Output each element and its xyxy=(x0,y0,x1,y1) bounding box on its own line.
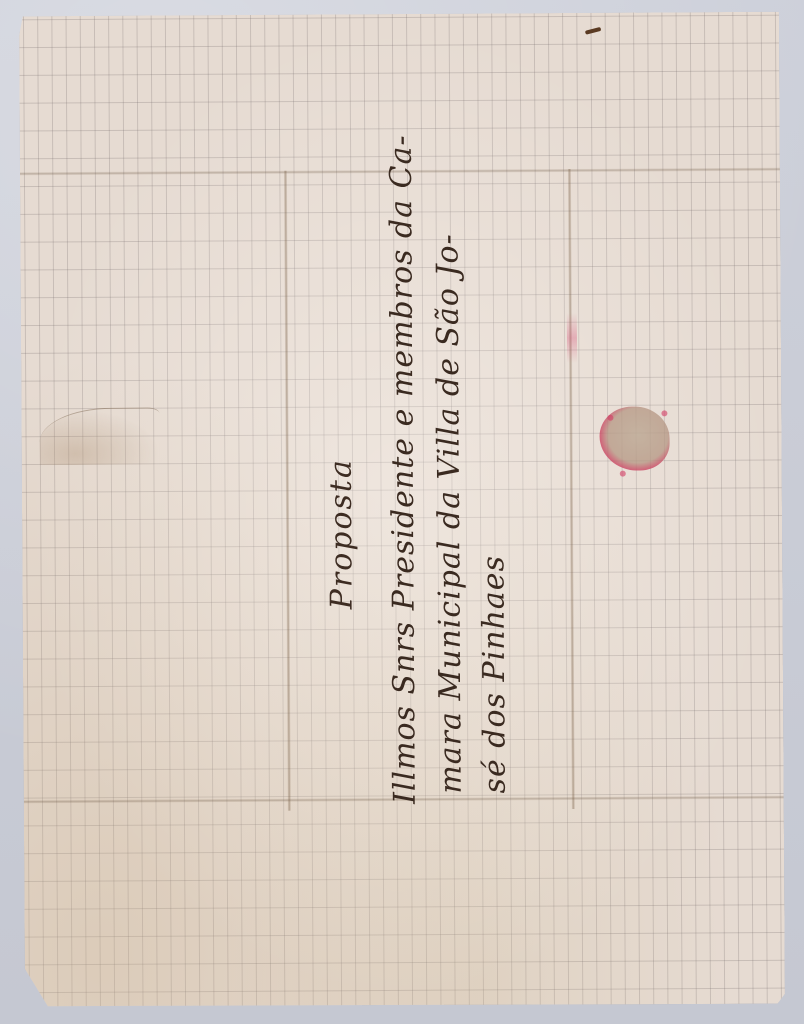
address-line-2: mara Municipal da Villa de São Jo- xyxy=(430,233,468,794)
torn-paper-mark xyxy=(39,407,159,465)
ink-blot-mark xyxy=(585,27,601,35)
fold-line-vertical-left xyxy=(284,171,291,811)
document-title: Proposta xyxy=(324,458,360,609)
seal-speck xyxy=(607,415,613,421)
address-line-3: sé dos Pinhaes xyxy=(476,555,512,794)
seal-speck xyxy=(661,410,667,416)
seal-speck xyxy=(620,471,626,477)
seal-stain xyxy=(567,313,577,363)
address-line-1: Illmos Snrs Presidente e membros da Ca- xyxy=(384,134,423,804)
document-sheet: Proposta Illmos Snrs Presidente e membro… xyxy=(19,12,785,1009)
handwritten-address: Proposta Illmos Snrs Presidente e membro… xyxy=(312,195,316,815)
fold-line-vertical-right xyxy=(568,169,575,809)
